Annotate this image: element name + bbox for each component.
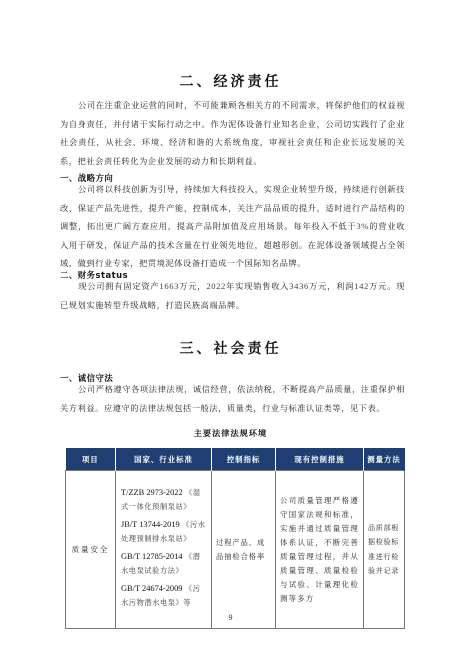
- intro-text: 公司在注重企业运营的同时，不可能兼顾各相关方的不同需求，将保护他们的权益视为自身…: [60, 100, 405, 166]
- table-header-row: 项目 国家、行业标准 控制指标 现有控制措施 测量方法: [66, 449, 405, 471]
- strategy-text-a: 公司将以科技创新为引导，持续加大科技投入，实现企业转型升级，持续进行创新技改，保…: [60, 184, 405, 231]
- revenue-value: 3436: [289, 281, 309, 291]
- standard-code: T/ZZB 2973-2022: [121, 488, 183, 497]
- standard-code: JB/T 13744-2019: [121, 520, 180, 529]
- cell-standards: T/ZZB 2973-2022 《湿式一体化预制泵站》 JB/T 13744-2…: [116, 471, 212, 629]
- regulations-table: 项目 国家、行业标准 控制指标 现有控制措施 测量方法 质量安全 T/ZZB 2…: [65, 448, 405, 629]
- finance-paragraph: 现公司拥有固定资产1663万元，2022年实现销售收入3436万元，利润142万…: [60, 277, 405, 314]
- table-row: 质量安全 T/ZZB 2973-2022 《湿式一体化预制泵站》 JB/T 13…: [66, 471, 405, 629]
- standard-entry: JB/T 13744-2019 《污水处理预制排水泵站》: [121, 518, 206, 545]
- year-value: 2022: [206, 281, 226, 291]
- table-caption: 主要法律法规环境: [0, 428, 461, 439]
- integrity-text: 公司严格遵守各项法律法规，诚信经营，依法纳税，不断提高产品质量，注重保护相关方利…: [60, 384, 405, 413]
- profit-value: 142: [354, 281, 369, 291]
- section-title-economic: 二、经济责任: [0, 71, 461, 91]
- header-measures: 现有控制措施: [276, 449, 364, 471]
- standard-code: GB/T 12785-2014: [121, 552, 183, 561]
- fixed-assets-value: 1663: [159, 281, 179, 291]
- standard-entry: T/ZZB 2973-2022 《湿式一体化预制泵站》: [121, 486, 206, 513]
- finance-text-4: 万元，利润: [309, 281, 354, 291]
- section-title-social: 三、社会责任: [0, 338, 461, 358]
- standard-entry: GB/T 24674-2009 《污水污物潜水电泵》等: [121, 582, 206, 609]
- finance-text-1: 现公司拥有固定资产: [78, 281, 159, 291]
- rd-percent: 3%: [356, 221, 369, 231]
- header-indicator: 控制指标: [212, 449, 276, 471]
- cell-measures: 公司质量管理严格遵守国家法规和标准，实施并通过质量管理体系认证，不断完善质量管理…: [276, 471, 364, 629]
- header-standards: 国家、行业标准: [116, 449, 212, 471]
- header-item: 项目: [66, 449, 116, 471]
- header-method: 测量方法: [364, 449, 405, 471]
- economic-intro-paragraph: 公司在注重企业运营的同时，不可能兼顾各相关方的不同需求，将保护他们的权益视为自身…: [60, 96, 405, 170]
- finance-text-3: 年实现销售收入: [226, 281, 289, 291]
- cell-method: 品质部根据检验标准进行检验并记录: [364, 471, 405, 629]
- standard-code: GB/T 24674-2009: [121, 584, 183, 593]
- page-number: 9: [0, 613, 461, 622]
- strategy-paragraph: 公司将以科技创新为引导，持续加大科技投入，实现企业转型升级，持续进行创新技改，保…: [60, 180, 405, 273]
- integrity-paragraph: 公司严格遵守各项法律法规，诚信经营，依法纳税，不断提高产品质量，注重保护相关方利…: [60, 380, 405, 417]
- finance-text-2: 万元，: [179, 281, 206, 291]
- standard-entry: GB/T 12785-2014 《潜水电泵试验方法》: [121, 550, 206, 577]
- cell-item: 质量安全: [66, 471, 116, 629]
- cell-indicator: 过程产品、成品抽检合格率: [212, 471, 276, 629]
